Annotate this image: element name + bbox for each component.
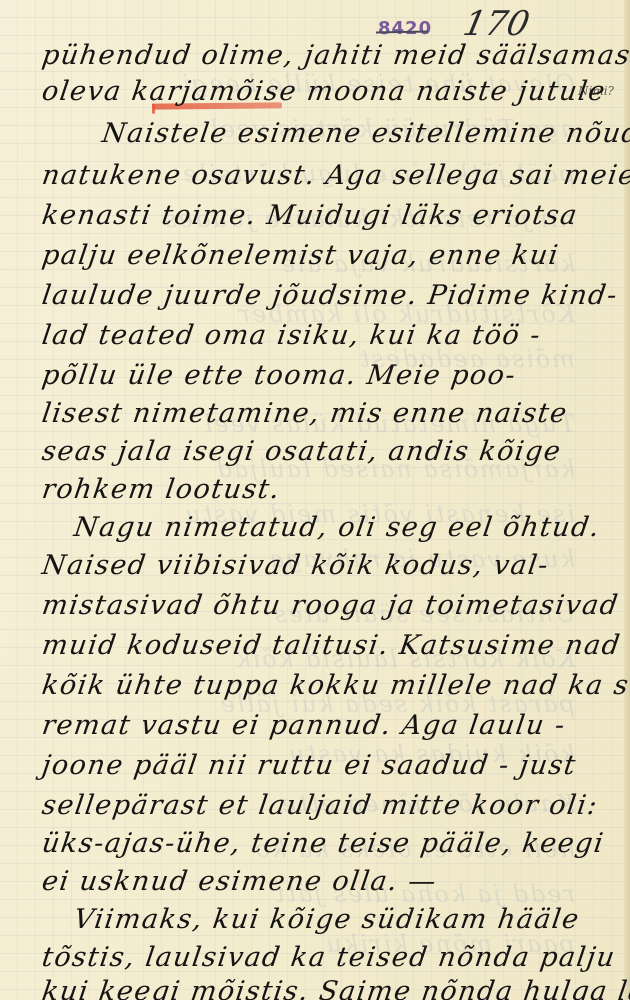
- text-line: rohkem lootust.: [40, 474, 283, 505]
- text-line: oleva karjamõise moona naiste jutule: [40, 76, 608, 107]
- text-line: pühendud olime, jahiti meid säälsamas: [40, 40, 630, 71]
- text-line: tõstis, laulsivad ka teised nõnda palju: [40, 942, 618, 973]
- archive-stamp-number: 8420: [378, 18, 432, 39]
- text-line: kui keegi mõistis. Saime nõnda hulga lau…: [40, 976, 630, 1000]
- text-line: muid koduseid talitusi. Katsusime nad: [40, 630, 623, 661]
- text-line: mistasivad õhtu rooga ja toimetasivad: [40, 590, 621, 621]
- text-line: laulude juurde jõudsime. Pidime kind-: [40, 280, 620, 311]
- text-line: üks-ajas-ühe, teine teise pääle, keegi: [40, 828, 606, 859]
- text-line: remat vastu ei pannud. Aga laulu -: [40, 710, 568, 741]
- text-line: lad teated oma isiku, kui ka töö -: [40, 320, 543, 351]
- manuscript-page: Olevat ühe teise külla keegi aga Tüdrusü…: [0, 0, 630, 1000]
- text-line: joone pääl nii ruttu ei saadud - just: [40, 750, 579, 781]
- text-line: ei usknud esimene olla. —: [40, 866, 439, 897]
- text-line: palju eelkõnelemist vaja, enne kui: [40, 240, 561, 271]
- text-line: põllu üle ette tooma. Meie poo-: [40, 360, 518, 391]
- text-line: Viimaks, kui kõige südikam hääle: [72, 904, 582, 935]
- page-number: 170: [460, 4, 533, 44]
- text-line: kõik ühte tuppa kokku millele nad ka suu…: [40, 670, 630, 701]
- text-line: seas jala isegi osatati, andis kõige: [40, 436, 564, 467]
- text-line: natukene osavust. Aga sellega sai meie: [40, 160, 630, 191]
- text-line: Naistele esimene esitellemine nõudis: [100, 118, 630, 149]
- text-line: Nagu nimetatud, oli seg eel õhtud.: [72, 512, 602, 543]
- text-line: kenasti toime. Muidugi läks eriotsa: [40, 200, 580, 231]
- text-line: Naised viibisivad kõik kodus, val-: [40, 550, 551, 581]
- text-line: sellepärast et lauljaid mitte koor oli:: [40, 790, 600, 821]
- paper-edge: [624, 0, 630, 1000]
- text-line: lisest nimetamine, mis enne naiste: [40, 398, 570, 429]
